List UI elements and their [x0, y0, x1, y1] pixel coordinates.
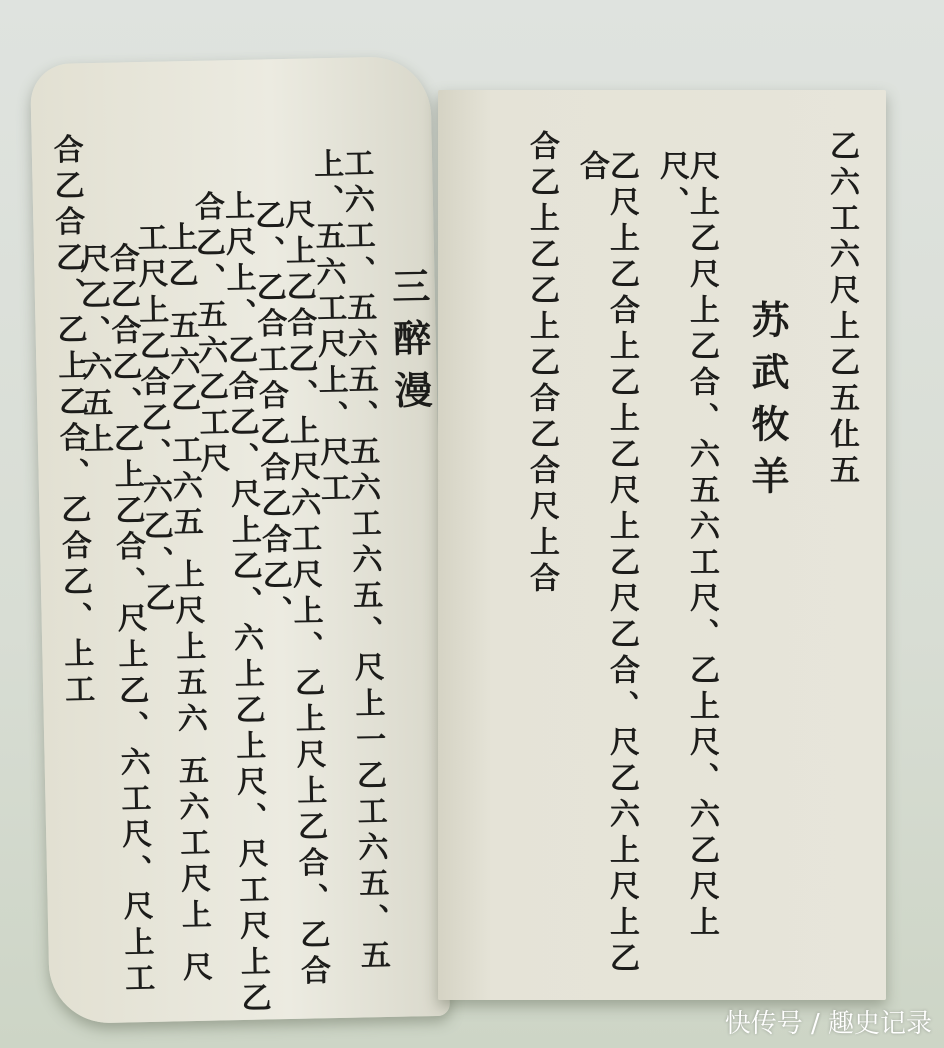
notation-column: 乙尺上乙合上乙上乙尺上乙尺乙合、尺乙六上尺上乙合 — [576, 150, 636, 1000]
right-page-title: 苏武牧羊 — [748, 300, 786, 508]
notation-column: 尺上乙尺上乙合、六五六工尺、乙上尺、六乙尺上尺、 — [656, 150, 716, 1000]
watermark: 快传号 / 趣史记录 — [725, 1003, 932, 1040]
right-page: 乙六工六尺上乙五仩五 苏武牧羊 尺上乙尺上乙合、六五六工尺、乙上尺、六乙尺上尺、… — [438, 90, 886, 1000]
notation-column: 合乙上乙乙上乙合乙合尺上合 — [526, 130, 556, 598]
notation-column: 合乙合乙、乙上乙合、乙合乙、上工 — [49, 133, 91, 710]
left-page-title: 三醉漫 — [388, 266, 429, 423]
notation-column: 乙六工六尺上乙五仩五 — [826, 130, 856, 490]
left-page: 三醉漫 工六工、五六五、五六工六五、尺上一乙工六五、五上、五六工尺上、尺工 尺上… — [30, 56, 450, 1024]
